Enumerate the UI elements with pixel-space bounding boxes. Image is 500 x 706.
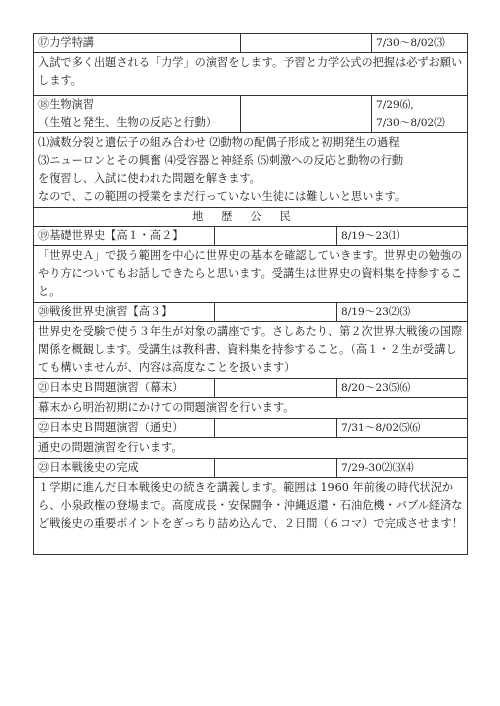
course-description: 幕末から明治初期にかけての問題演習を行います。 — [34, 398, 468, 419]
course-row-header: ⑳戦後世界史演習【高３】 8/19～23⑵⑶ — [34, 303, 468, 322]
course-teacher-cell — [215, 227, 337, 246]
course-description: 世界史を受験で使う３年生が対象の講座です。さしあたり、第２次世界大戦後の国際関係… — [34, 322, 468, 379]
course-row-description: 「世界史Ａ」で扱う範囲を中心に世界史の基本を確認していきます。世界史の勉強のやり… — [34, 246, 468, 303]
course-description: １学期に進んだ日本戦後史の続きを講義します。範囲は 1960 年前後の時代状況か… — [34, 478, 468, 555]
description-line: ⑶ニューロンとその興奮 ⑷受容器と神経系 ⑸刺激への反応と動物の行動 — [38, 152, 463, 170]
course-date: 7/29⑹, — [376, 96, 463, 114]
course-date: 8/19～23⑴ — [337, 227, 468, 246]
course-row-description: 通史の問題演習を行います。 — [34, 438, 468, 459]
course-date: 7/31～8/02⑸⑹ — [337, 419, 468, 438]
course-title: ⑰力学特講 — [34, 34, 241, 53]
course-row-header: ㉑日本史Ｂ問題演習（幕末） 8/20～23⑸⑹ — [34, 379, 468, 398]
course-row-header: ⑰力学特講 7/30～8/02⑶ — [34, 34, 468, 53]
description-line: ⑴減数分裂と遺伝子の組み合わせ ⑵動物の配偶子形成と初期発生の過程 — [38, 134, 463, 152]
course-title: ㉑日本史Ｂ問題演習（幕末） — [34, 379, 215, 398]
course-date-cell: 7/29⑹, 7/30～8/02⑵ — [372, 96, 468, 133]
course-teacher-cell — [215, 379, 337, 398]
course-row-description: １学期に進んだ日本戦後史の続きを講義します。範囲は 1960 年前後の時代状況か… — [34, 478, 468, 555]
course-description: ⑴減数分裂と遺伝子の組み合わせ ⑵動物の配偶子形成と初期発生の過程 ⑶ニューロン… — [34, 133, 468, 208]
course-title: ⑱生物演習 — [38, 96, 236, 114]
course-row-header: ⑱生物演習 （生殖と発生、生物の反応と行動） 7/29⑹, 7/30～8/02⑵ — [34, 96, 468, 133]
course-date-2: 7/30～8/02⑵ — [376, 114, 463, 132]
course-date: 7/30～8/02⑶ — [372, 34, 468, 53]
course-row-header: ㉓日本戦後史の完成 7/29-30⑵⑶⑷ — [34, 459, 468, 478]
course-teacher-cell — [241, 34, 372, 53]
course-date: 8/20～23⑸⑹ — [337, 379, 468, 398]
course-teacher-cell — [215, 419, 337, 438]
course-title: ⑳戦後世界史演習【高３】 — [34, 303, 215, 322]
course-description: 「世界史Ａ」で扱う範囲を中心に世界史の基本を確認していきます。世界史の勉強のやり… — [34, 246, 468, 303]
course-teacher-cell — [241, 96, 372, 133]
course-row-header: ⑲基礎世界史【高１・高２】 8/19～23⑴ — [34, 227, 468, 246]
course-table-science: ⑰力学特講 7/30～8/02⑶ 入試で多く出題される「力学」の演習をします。予… — [33, 33, 468, 208]
section-header-row: 地歴公民 — [34, 208, 468, 227]
course-row-description: ⑴減数分裂と遺伝子の組み合わせ ⑵動物の配偶子形成と初期発生の過程 ⑶ニューロン… — [34, 133, 468, 208]
course-subtitle: （生殖と発生、生物の反応と行動） — [38, 114, 236, 132]
course-description: 入試で多く出題される「力学」の演習をします。予習と力学公式の把握は必ずお願いしま… — [34, 53, 468, 96]
course-date: 8/19～23⑵⑶ — [337, 303, 468, 322]
course-description: 通史の問題演習を行います。 — [34, 438, 468, 459]
course-table-history: 地歴公民 ⑲基礎世界史【高１・高２】 8/19～23⑴ 「世界史Ａ」で扱う範囲を… — [33, 207, 468, 555]
description-line: を復習し、入試に使われた問題を解きます。 — [38, 170, 463, 188]
course-title: ㉓日本戦後史の完成 — [34, 459, 215, 478]
section-header: 地歴公民 — [34, 208, 468, 227]
course-row-description: 入試で多く出題される「力学」の演習をします。予習と力学公式の把握は必ずお願いしま… — [34, 53, 468, 96]
course-title: ⑲基礎世界史【高１・高２】 — [34, 227, 215, 246]
course-teacher-cell — [215, 303, 337, 322]
course-title: ㉒日本史Ｂ問題演習（通史） — [34, 419, 215, 438]
course-row-description: 世界史を受験で使う３年生が対象の講座です。さしあたり、第２次世界大戦後の国際関係… — [34, 322, 468, 379]
course-date: 7/29-30⑵⑶⑷ — [337, 459, 468, 478]
course-row-header: ㉒日本史Ｂ問題演習（通史） 7/31～8/02⑸⑹ — [34, 419, 468, 438]
course-row-description: 幕末から明治初期にかけての問題演習を行います。 — [34, 398, 468, 419]
course-list-page: ⑰力学特講 7/30～8/02⑶ 入試で多く出題される「力学」の演習をします。予… — [33, 33, 467, 555]
course-teacher-cell — [215, 459, 337, 478]
course-title-cell: ⑱生物演習 （生殖と発生、生物の反応と行動） — [34, 96, 241, 133]
description-line: なので、この範囲の授業をまだ行っていない生徒には難しいと思います。 — [38, 188, 463, 206]
